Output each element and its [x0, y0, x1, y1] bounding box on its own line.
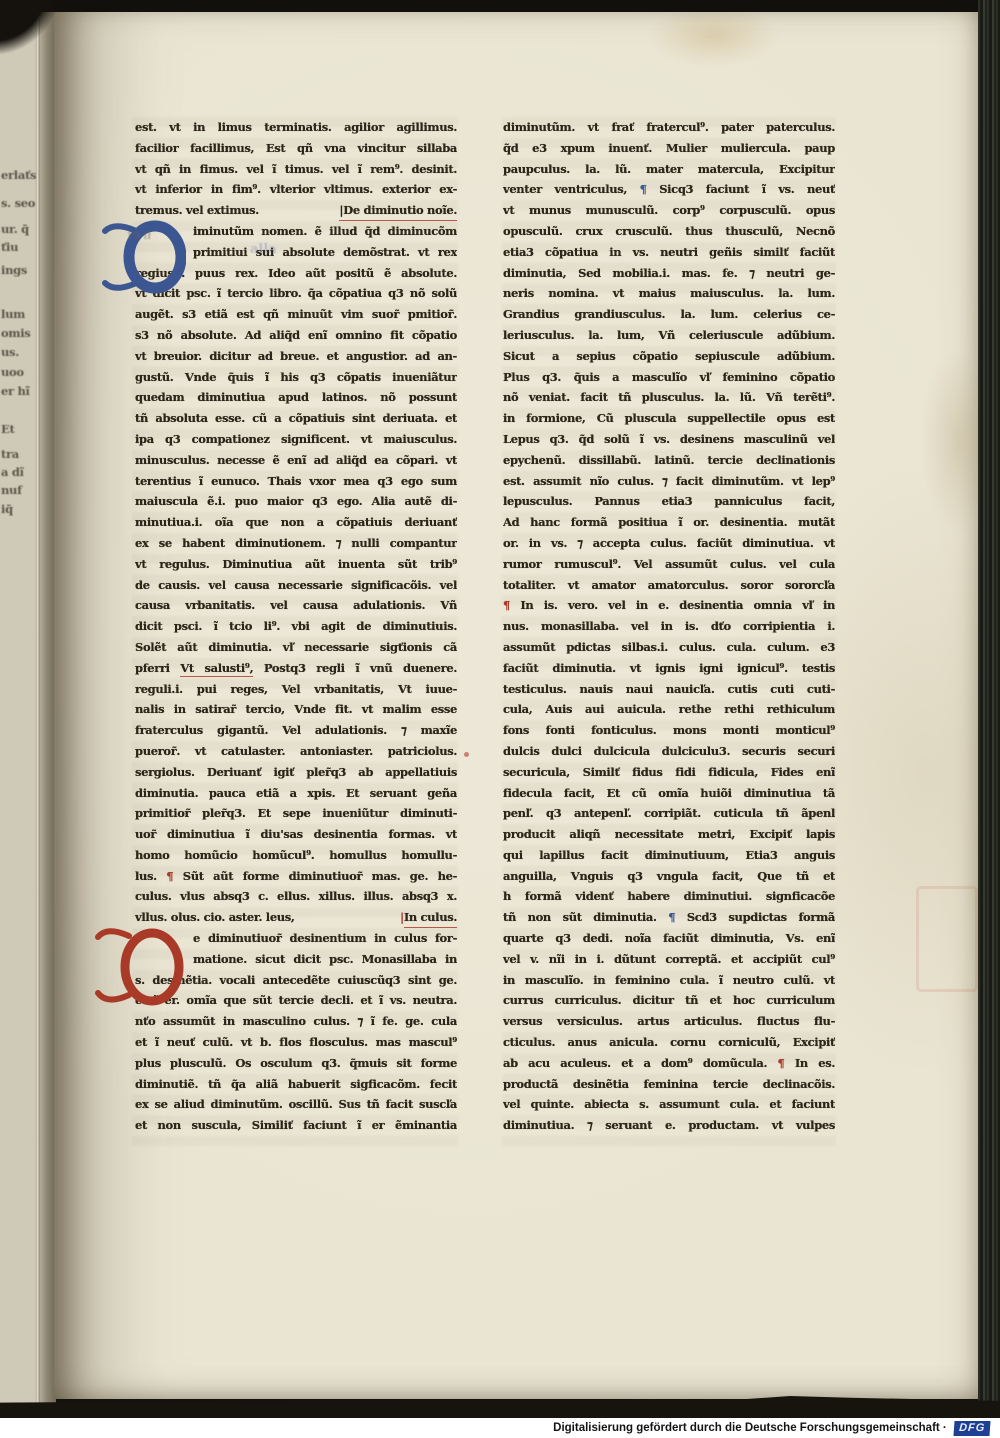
- text-line: rumor rumuscul⁹. Vel assumũt culus. vel …: [503, 554, 835, 575]
- text-segment: diminutũm. vt frať fratercul⁹. pater pat…: [503, 120, 835, 134]
- text-line: gustũ. Vnde q̃uis ĩ his q3 cõpatis inuen…: [135, 367, 457, 388]
- text-segment: Vt salusti⁹,: [180, 661, 253, 677]
- text-line: epychenũ. dissillabũ. latinũ. tercie dec…: [503, 450, 835, 471]
- text-segment: nõ veniat. facit tñ plusculus. la. lũ. V…: [503, 390, 835, 404]
- text-line: paupculus. la. lũ. mater matercula, Exci…: [503, 159, 835, 180]
- text-segment: diminutia. pauca etiã a xpis. Et seruant…: [135, 786, 457, 800]
- text-segment: terentius ĩ eunuco. Thais vxor mea q3 eg…: [135, 474, 457, 488]
- text-line: or. in vs. ⁊ accepta culus. faciũt dimin…: [503, 533, 835, 554]
- text-segment: penľ. q3 antepenľ. corripiãt. cuticula t…: [503, 806, 835, 820]
- gutter-fragment: erlaťs: [1, 168, 36, 182]
- text-segment: opusculũ. crux crusculũ. thus thusculũ, …: [503, 224, 835, 238]
- text-segment: augẽt. s3 etiã est qñ minuũt vim suor̃ p…: [135, 307, 457, 321]
- text-segment: testiculus. nauis naui nauicľa. cutis cu…: [503, 682, 835, 696]
- text-segment: In is. vero. vel in e. desinentia omnia …: [510, 598, 835, 612]
- text-line: dulcis dulci dulcicula dulciculu3. secur…: [503, 741, 835, 762]
- text-segment: Sicq3 faciunt ĩ vs. neuť: [647, 182, 835, 196]
- text-line: uor̃ diminutiua ĩ diu'sas desinentia for…: [135, 824, 457, 845]
- facing-page-gutter: erlaťss. seour. q̃ťiuingslumomisus.uooer…: [0, 8, 56, 1420]
- text-segment: iminutũm nomen. ẽ illud q̃d diminucõm: [193, 224, 457, 238]
- text-line: s3 nõ absolute. Ad aliq̃d enĩ omnino fit…: [135, 325, 457, 346]
- text-line: reguli.i. pui reges, Vel vrbanitatis, Vt…: [135, 679, 457, 700]
- text-line: plus plusculũ. Os osculum q3. q̃muis sit…: [135, 1053, 457, 1074]
- text-segment: homo homũcio homũcul⁹. homullus homullu-: [135, 848, 457, 862]
- text-segment: facilior facillimus, Est qñ vna vincitur…: [135, 141, 457, 155]
- text-line: tñ non sũt diminutia. ¶ Scd3 supdictas f…: [503, 907, 835, 928]
- text-line: faciũt diminutia. vt ignis igni ignicul⁹…: [503, 658, 835, 679]
- text-segment: diminutiẽ. tñ q̃a aliã habuerit sigficac…: [135, 1077, 457, 1091]
- text-line: diminutiẽ. tñ q̃a aliã habuerit sigficac…: [135, 1074, 457, 1095]
- text-segment: productã desinẽtia feminina tercie decli…: [503, 1077, 835, 1091]
- text-line: augẽt. s3 etiã est qñ minuũt vim suor̃ p…: [135, 304, 457, 325]
- gutter-fragment: us.: [1, 345, 19, 359]
- text-line: opusculũ. crux crusculũ. thus thusculũ, …: [503, 221, 835, 242]
- text-segment: h formã videnť habere diminutiui. signfi…: [503, 889, 835, 903]
- bleedthrough-text: 19·ił: [126, 231, 151, 242]
- text-line: ¶ In is. vero. vel in e. desinentia omni…: [503, 595, 835, 616]
- text-segment: fidecula facit, Et cũ omĩa huiõi diminut…: [503, 786, 835, 800]
- text-segment: culus. vlus absq3 c. ellus. xillus. illu…: [135, 889, 457, 903]
- text-line: assumũt pdictas silbas.i. culus. cula. c…: [503, 637, 835, 658]
- text-segment: paupculus. la. lũ. mater matercula, Exci…: [503, 162, 835, 176]
- text-line: pueror̃. vt catulaster. antoniaster. pat…: [135, 741, 457, 762]
- text-line: ab acu aculeus. et a dom⁹ domũcula. ¶ In…: [503, 1053, 835, 1074]
- page-edge-line: [37, 8, 40, 1420]
- digitized-manuscript-scan: erlaťss. seour. q̃ťiuingslumomisus.uooer…: [0, 0, 1000, 1438]
- text-segment: rumor rumuscul⁹. Vel assumũt culus. vel …: [503, 557, 835, 571]
- text-line: de causis. vel causa necessarie signific…: [135, 575, 457, 596]
- gutter-fragment: tra: [1, 447, 19, 461]
- text-segment: Grandius grandiusculus. la. lum. celeriu…: [503, 307, 835, 321]
- text-segment: faciũt diminutia. vt ignis igni ignicul⁹…: [503, 661, 835, 675]
- text-segment: nus. monasillaba. vel in is. dťo corripi…: [503, 619, 835, 633]
- text-segment: cticulus. anus anicula. cornu corniculũ,…: [503, 1035, 835, 1049]
- text-segment: ¶: [640, 182, 647, 196]
- illuminated-initial-d-red: [95, 923, 185, 1013]
- text-line: et non suscula, Similiť faciunt ĩ er ẽmi…: [135, 1115, 457, 1136]
- text-line: Grandius grandiusculus. la. lum. celeriu…: [503, 304, 835, 325]
- text-segment: Plus q3. q̃uis a masculĩo vľ feminino cõ…: [503, 370, 835, 384]
- fore-edge-band: [978, 0, 1000, 1418]
- text-line: est. assumit nĩo culus. ⁊ facit diminutũ…: [503, 471, 835, 492]
- text-line: vt regulus. Diminutiua aũt inuenta sũt t…: [135, 554, 457, 575]
- text-line: quedam diminutiua apud latinos. nõ possu…: [135, 387, 457, 408]
- text-segment: de causis. vel causa necessarie signific…: [135, 578, 457, 592]
- text-segment: fraterculus gigantũ. Vel adulationis. ⁊ …: [135, 723, 457, 737]
- text-line: vel quinte. abiecta s. assumunt cula. et…: [503, 1094, 835, 1115]
- text-line: currus curriculus. dicitur tñ et hoc cur…: [503, 990, 835, 1011]
- text-segment: est. assumit nĩo culus. ⁊ facit diminutũ…: [503, 474, 835, 488]
- text-line: penľ. q3 antepenľ. corripiãt. cuticula t…: [503, 803, 835, 824]
- text-segment: Scd3 supdictas formã: [675, 910, 835, 924]
- text-line: nťo assumũt in masculino culus. ⁊ ĩ fe. …: [135, 1011, 457, 1032]
- text-line: vt inferior in fim⁹. vlterior vltimus. e…: [135, 179, 457, 200]
- text-segment: securicula, Similť fidus fidi fidicula, …: [503, 765, 835, 779]
- text-segment: assumũt pdictas silbas.i. culus. cula. c…: [503, 640, 835, 654]
- text-line: minutiua.i. oĩa que non a cõpatiuis deri…: [135, 512, 457, 533]
- text-segment: minusculus. necesse ẽ enĩ ad aliq̃d ea c…: [135, 453, 457, 467]
- gutter-fragment: ings: [1, 263, 27, 277]
- text-segment: uor̃ diminutiua ĩ diu'sas desinentia for…: [135, 827, 457, 841]
- text-segment: fons fonti fonticulus. mons monti montic…: [503, 723, 835, 737]
- text-line: homo homũcio homũcul⁹. homullus homullu-: [135, 845, 457, 866]
- text-segment: or. in vs. ⁊ accepta culus. faciũt dimin…: [503, 536, 835, 550]
- text-line: productã desinẽtia feminina tercie decli…: [503, 1074, 835, 1095]
- text-segment: primitiui sui absolute demõstrat. vt rex: [193, 245, 457, 259]
- text-segment: qui lapillus facit diminutiuum, Etia3 an…: [503, 848, 835, 862]
- dfg-logo: DFG: [953, 1421, 990, 1436]
- text-segment: dulcis dulci dulcicula dulciculu3. secur…: [503, 744, 835, 758]
- text-segment: q̃d e3 xpum inuenť. Mulier muliercula. p…: [503, 141, 835, 155]
- text-line: Plus q3. q̃uis a masculĩo vľ feminino cõ…: [503, 367, 835, 388]
- text-line: Lepus q3. q̃d solũ ĩ vs. desinens mascul…: [503, 429, 835, 450]
- text-segment: currus curriculus. dicitur tñ et hoc cur…: [503, 993, 835, 1007]
- text-line: cula, Auis aui auicula. rethe rethi reth…: [503, 699, 835, 720]
- text-line: neris nomina. vt maius maiusculus. la. l…: [503, 283, 835, 304]
- gutter-fragment: nuf: [1, 483, 22, 497]
- text-segment: gustũ. Vnde q̃uis ĩ his q3 cõpatis inuen…: [135, 370, 457, 384]
- text-line: cticulus. anus anicula. cornu corniculũ,…: [503, 1032, 835, 1053]
- text-line: maiuscula ẽ.i. puo maior q3 ego. Alia au…: [135, 491, 457, 512]
- text-line: testiculus. nauis naui nauicľa. cutis cu…: [503, 679, 835, 700]
- text-segment: reguli.i. pui reges, Vel vrbanitatis, Vt…: [135, 682, 457, 696]
- text-segment: in masculĩo. in feminino cula. ĩ neutro …: [503, 973, 835, 987]
- text-line: vt munus munusculũ. corp⁹ corpusculũ. op…: [503, 200, 835, 221]
- text-line: vt breuior. dicitur ad breue. et angusti…: [135, 346, 457, 367]
- text-segment: primitior̃ pler̃q3. Et sepe inueniũtur d…: [135, 806, 457, 820]
- text-line: h formã videnť habere diminutiui. signfi…: [503, 886, 835, 907]
- text-line: quarte q3 dedi. noĩa faciũt diminutia, V…: [503, 928, 835, 949]
- text-line: ex se habent diminutionem. ⁊ nulli compa…: [135, 533, 457, 554]
- text-line: q̃d e3 xpum inuenť. Mulier muliercula. p…: [503, 138, 835, 159]
- text-segment: lus.: [135, 869, 166, 883]
- text-line: versus versiculus. artus articulus. fluc…: [503, 1011, 835, 1032]
- text-line: est. vt in limus terminatis. agilior agi…: [135, 117, 457, 138]
- text-segment: neris nomina. vt maius maiusculus. la. l…: [503, 286, 835, 300]
- text-line: producit aliqñ necessitate metri, Excipi…: [503, 824, 835, 845]
- offset-initial-ghost: [916, 886, 978, 992]
- text-segment: ¶: [503, 598, 510, 612]
- text-segment: nalis in satirar̃ tercio, Vnde fit. vt m…: [135, 702, 457, 716]
- text-segment: versus versiculus. artus articulus. fluc…: [503, 1014, 835, 1028]
- text-line: sergiolus. Deriuanť igiť pler̃q3 ab appe…: [135, 762, 457, 783]
- text-segment: s3 nõ absolute. Ad aliq̃d enĩ omnino fit…: [135, 328, 457, 342]
- text-segment: pueror̃. vt catulaster. antoniaster. pat…: [135, 744, 457, 758]
- text-segment: In culus.: [404, 907, 457, 928]
- text-line: nalis in satirar̃ tercio, Vnde fit. vt m…: [135, 699, 457, 720]
- text-segment: cula, Auis aui auicula. rethe rethi reth…: [503, 702, 835, 716]
- text-line: fraterculus gigantũ. Vel adulationis. ⁊ …: [135, 720, 457, 741]
- text-segment: vt breuior. dicitur ad breue. et angusti…: [135, 349, 457, 363]
- text-segment: venter ventriculus,: [503, 182, 640, 196]
- text-line: anguilla, Vnguis q3 vngula facit, Que tñ…: [503, 866, 835, 887]
- text-line: fons fonti fonticulus. mons monti montic…: [503, 720, 835, 741]
- text-segment: Sũt aũt forme diminutiuor̃ mas. ge. he-: [173, 869, 457, 883]
- text-line: vt qñ in fimus. vel ĩ timus. vel ĩ rem⁹.…: [135, 159, 457, 180]
- text-segment: diminutiua. ⁊ seruant e. productam. vt v…: [503, 1118, 835, 1132]
- bleedthrough-text: alla: [250, 242, 277, 257]
- text-line: diminutia, Sed mobilia.i. mas. fe. ⁊ neu…: [503, 263, 835, 284]
- text-segment: leriusculus. la. lum, Vñ celeriuscule ad…: [503, 328, 835, 342]
- text-line: diminutia. pauca etiã a xpis. Et seruant…: [135, 783, 457, 804]
- text-segment: vt munus munusculũ. corp⁹ corpusculũ. op…: [503, 203, 835, 217]
- text-line: ipa q3 compationez significent. vt maius…: [135, 429, 457, 450]
- text-segment: Sicut a sepius cõpatio sepiuscule adũbiu…: [503, 349, 835, 363]
- text-line: ex se aliud diminutũm. oscillũ. Sus tñ f…: [135, 1094, 457, 1115]
- text-segment: In es.: [784, 1056, 835, 1070]
- text-segment: lepusculus. Pannus etia3 panniculus faci…: [503, 494, 835, 508]
- text-segment: Postq3 regli ĩ vnũ duenere.: [253, 661, 457, 675]
- text-line: causa vrbanitatis. vel causa adulationis…: [135, 595, 457, 616]
- text-segment: quarte q3 dedi. noĩa faciũt diminutia, V…: [503, 931, 835, 945]
- text-segment: sergiolus. Deriuanť igiť pler̃q3 ab appe…: [135, 765, 457, 779]
- text-line: diminutũm. vt frať fratercul⁹. pater pat…: [503, 117, 835, 138]
- bottom-edge-band: [0, 1396, 1000, 1418]
- text-line: primitior̃ pler̃q3. Et sepe inueniũtur d…: [135, 803, 457, 824]
- text-line: facilior facillimus, Est qñ vna vincitur…: [135, 138, 457, 159]
- text-segment: vt regulus. Diminutiua aũt inuenta sũt t…: [135, 557, 457, 571]
- text-segment: e diminutiuor̃ desinentium in culus for-: [193, 931, 457, 945]
- text-line: in masculĩo. in feminino cula. ĩ neutro …: [503, 970, 835, 991]
- text-line: totaliter. vt amator amatorculus. soror …: [503, 575, 835, 596]
- text-line: leriusculus. la. lum, Vñ celeriuscule ad…: [503, 325, 835, 346]
- text-line: in formione, Cũ pluscula suppellectile o…: [503, 408, 835, 429]
- text-segment: vt inferior in fim⁹. vlterior vltimus. e…: [135, 182, 457, 196]
- text-segment: Solẽt aũt diminutia. vľ necessarie sigťi…: [135, 640, 457, 654]
- text-line: diminutiua. ⁊ seruant e. productam. vt v…: [503, 1115, 835, 1136]
- text-segment: ex se habent diminutionem. ⁊ nulli compa…: [135, 536, 457, 550]
- text-line: Ad hanc formã positiua ĩ or. desinentia.…: [503, 512, 835, 533]
- text-segment: causa vrbanitatis. vel causa adulationis…: [135, 598, 457, 612]
- top-edge-band: [0, 0, 1000, 12]
- text-column-right: diminutũm. vt frať fratercul⁹. pater pat…: [503, 117, 835, 1136]
- text-segment: et ĩ neuť culũ. vt b. flos flosculus. ma…: [135, 1035, 457, 1049]
- text-line: pferri Vt salusti⁹, Postq3 regli ĩ vnũ d…: [135, 658, 457, 679]
- text-segment: in formione, Cũ pluscula suppellectile o…: [503, 411, 835, 425]
- credit-text: Digitalisierung gefördert durch die Deut…: [553, 1422, 947, 1434]
- text-segment: Ad hanc formã positiua ĩ or. desinentia.…: [503, 515, 835, 529]
- text-segment: tñ non sũt diminutia.: [503, 910, 668, 924]
- text-segment: quedam diminutiua apud latinos. nõ possu…: [135, 390, 457, 404]
- text-line: securicula, Similť fidus fidi fidicula, …: [503, 762, 835, 783]
- text-line: tñ absoluta esse. cũ a cõpatiuis sint de…: [135, 408, 457, 429]
- red-ink-dot: [464, 752, 469, 757]
- text-segment: producit aliqñ necessitate metri, Excipi…: [503, 827, 835, 841]
- text-segment: matione. sicut dicit psc. Monasillaba in: [193, 952, 457, 966]
- text-segment: totaliter. vt amator amatorculus. soror …: [503, 578, 835, 592]
- gutter-fragment: Et: [1, 422, 14, 436]
- text-segment: ex se aliud diminutũm. oscillũ. Sus tñ f…: [135, 1097, 457, 1111]
- text-segment: |De diminutio noĩe.: [339, 200, 457, 221]
- gutter-fragment: ťiu: [1, 240, 18, 254]
- text-segment: tñ absoluta esse. cũ a cõpatiuis sint de…: [135, 411, 457, 425]
- text-segment: pferri: [135, 661, 180, 675]
- gutter-fragment: uoo: [1, 365, 24, 379]
- text-segment: ipa q3 compationez significent. vt maius…: [135, 432, 457, 446]
- text-line: Sicut a sepius cõpatio sepiuscule adũbiu…: [503, 346, 835, 367]
- gutter-fragment: a dĩ: [1, 465, 24, 479]
- text-line: lus. ¶ Sũt aũt forme diminutiuor̃ mas. g…: [135, 866, 457, 887]
- text-line: Solẽt aũt diminutia. vľ necessarie sigťi…: [135, 637, 457, 658]
- gutter-fragment: iq̃: [1, 502, 13, 516]
- text-segment: plus plusculũ. Os osculum q3. q̃muis sit…: [135, 1056, 457, 1070]
- text-segment: anguilla, Vnguis q3 vngula facit, Que tñ…: [503, 869, 835, 883]
- text-segment: minutiua.i. oĩa que non a cõpatiuis deri…: [135, 515, 457, 529]
- digitization-footer: Digitalisierung gefördert durch die Deut…: [0, 1418, 1000, 1438]
- gutter-fragment: er hĩ: [1, 384, 30, 398]
- text-segment: vel quinte. abiecta s. assumunt cula. et…: [503, 1097, 835, 1111]
- text-line: nõ veniat. facit tñ plusculus. la. lũ. V…: [503, 387, 835, 408]
- text-line: dicit psci. ĩ tcio li⁹. vbi agit de dimi…: [135, 616, 457, 637]
- text-line: et ĩ neuť culũ. vt b. flos flosculus. ma…: [135, 1032, 457, 1053]
- text-segment: vt qñ in fimus. vel ĩ timus. vel ĩ rem⁹.…: [135, 162, 457, 176]
- text-segment: Lepus q3. q̃d solũ ĩ vs. desinens mascul…: [503, 432, 835, 446]
- text-segment: maiuscula ẽ.i. puo maior q3 ego. Alia au…: [135, 494, 457, 508]
- text-segment: vel v. nĩi in i. dũtunt correptã. et acc…: [503, 952, 835, 966]
- text-segment: est. vt in limus terminatis. agilior agi…: [135, 120, 457, 134]
- gutter-fragment: omis: [1, 326, 30, 340]
- text-line: qui lapillus facit diminutiuum, Etia3 an…: [503, 845, 835, 866]
- text-line: vel v. nĩi in i. dũtunt correptã. et acc…: [503, 949, 835, 970]
- gutter-fragment: lum: [1, 307, 25, 321]
- text-line: culus. vlus absq3 c. ellus. xillus. illu…: [135, 886, 457, 907]
- text-line: lepusculus. Pannus etia3 panniculus faci…: [503, 491, 835, 512]
- text-segment: etia3 cõpatiua in vs. neutri geñis simil…: [503, 245, 835, 259]
- gutter-fragment: ur. q̃: [1, 222, 29, 236]
- text-line: etia3 cõpatiua in vs. neutri geñis simil…: [503, 242, 835, 263]
- text-segment: ab acu aculeus. et a dom⁹ domũcula.: [503, 1056, 778, 1070]
- text-segment: dicit psci. ĩ tcio li⁹. vbi agit de dimi…: [135, 619, 457, 633]
- text-segment: et non suscula, Similiť faciunt ĩ er ẽmi…: [135, 1118, 457, 1132]
- gutter-fragment: s. seo: [1, 196, 35, 210]
- text-line: venter ventriculus, ¶ Sicq3 faciunt ĩ vs…: [503, 179, 835, 200]
- text-segment: diminutia, Sed mobilia.i. mas. fe. ⁊ neu…: [503, 266, 835, 280]
- text-segment: nťo assumũt in masculino culus. ⁊ ĩ fe. …: [135, 1014, 457, 1028]
- text-segment: epychenũ. dissillabũ. latinũ. tercie dec…: [503, 453, 835, 467]
- text-line: nus. monasillaba. vel in is. dťo corripi…: [503, 616, 835, 637]
- text-line: minusculus. necesse ẽ enĩ ad aliq̃d ea c…: [135, 450, 457, 471]
- binding-shadow: [0, 0, 100, 120]
- text-line: terentius ĩ eunuco. Thais vxor mea q3 eg…: [135, 471, 457, 492]
- text-line: fidecula facit, Et cũ omĩa huiõi diminut…: [503, 783, 835, 804]
